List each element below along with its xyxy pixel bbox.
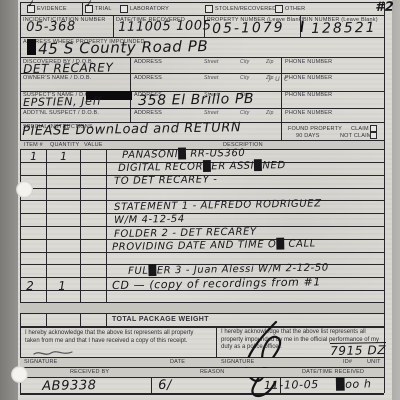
found-property-days-label: 90 DAYS bbox=[296, 133, 320, 139]
value-column-header: VALUE bbox=[84, 142, 103, 148]
grid-line bbox=[384, 2, 385, 393]
evidence-checkbox-label: EVIDENCE bbox=[37, 6, 67, 12]
signature-pen-mark bbox=[32, 348, 74, 358]
zip-label: Zip bbox=[266, 59, 274, 65]
address-label: ADDRESS bbox=[134, 75, 162, 81]
stolen-recovered-checkbox bbox=[205, 5, 213, 13]
street-label: Street bbox=[204, 110, 219, 116]
item-description: TO DET RECAREY - bbox=[114, 174, 218, 187]
check-mark-icon: ✓ bbox=[84, 0, 94, 11]
scan-background-right bbox=[392, 0, 400, 400]
phone-number-label: PHONE NUMBER bbox=[285, 110, 332, 116]
impound-address-value: 45 S County Road PB bbox=[38, 37, 208, 58]
hole-punch bbox=[16, 181, 33, 198]
grid-line bbox=[281, 57, 282, 140]
redaction-mark bbox=[27, 39, 36, 55]
item-description: PROVIDING DATE AND TIME O█ CALL bbox=[112, 238, 316, 253]
received-by-label: RECEIVED BY bbox=[70, 369, 109, 375]
phone-number-label: PHONE NUMBER bbox=[285, 75, 332, 81]
evidence-property-form: ✓ EVIDENCE ✓ TRIAL LABORATORY STOLEN/REC… bbox=[18, 0, 392, 400]
item-number: 1 bbox=[30, 150, 38, 163]
item-quantity: 1 bbox=[58, 279, 66, 293]
addtl-suspect-label: ADDT'NL SUSPECT / D.O.B. bbox=[23, 110, 99, 116]
grid-line bbox=[20, 108, 384, 109]
laboratory-checkbox-label: LABORATORY bbox=[130, 6, 169, 12]
check-mark-icon: ✓ bbox=[26, 0, 36, 11]
grid-line bbox=[20, 252, 384, 253]
pen-mark bbox=[300, 21, 304, 32]
incident-number-value: 05-368 bbox=[26, 19, 76, 35]
other-checkbox bbox=[275, 5, 283, 13]
quantity-column-header: QUANTITY bbox=[50, 142, 79, 148]
city-label: City bbox=[240, 110, 249, 116]
special-instructions-value: PlEASE DownLoad and RETURN bbox=[22, 120, 241, 139]
grid-line bbox=[82, 2, 83, 15]
bin-number-value: 128521 bbox=[311, 20, 377, 37]
datetime-received-label: DATE/TIME RECEIVED bbox=[302, 369, 364, 375]
trial-checkbox-label: TRIAL bbox=[95, 6, 112, 12]
item-description: PANASONI█ RR-US360 bbox=[122, 148, 245, 161]
claim-checkbox bbox=[370, 125, 377, 132]
suspect-name-value: EPSTIEN, Jeff bbox=[23, 95, 101, 109]
address-label: ADDRESS bbox=[134, 110, 162, 116]
reason-value: 6/ bbox=[158, 378, 172, 393]
datetime-received-value: 11-10-05 bbox=[264, 378, 319, 392]
grid-line bbox=[20, 188, 384, 189]
signature2-label: SIGNATURE bbox=[221, 359, 254, 365]
grid-line bbox=[20, 15, 384, 16]
datetime-received-time: █oo h bbox=[336, 377, 372, 391]
officer-id-unit-value: 7915 DZ bbox=[330, 343, 386, 358]
not-claim-checkbox bbox=[370, 132, 377, 139]
grid-line bbox=[130, 57, 131, 122]
suspect-address-value: 358 El Brillo PB bbox=[138, 91, 254, 109]
item-description: FOLDER 2 - DET RECAREY bbox=[114, 227, 257, 240]
grid-line bbox=[20, 2, 384, 3]
signature-band bbox=[20, 358, 384, 367]
item-column-header: ITEM # bbox=[24, 142, 43, 148]
address-label: ADDRESS bbox=[134, 59, 162, 65]
id-label: ID# bbox=[343, 359, 352, 365]
page-number-note: #2 bbox=[375, 0, 395, 15]
zip-pen-mark: ) u c bbox=[268, 74, 289, 83]
unit-label: UNIT bbox=[367, 359, 381, 365]
grid-line bbox=[106, 140, 107, 326]
grid-line bbox=[46, 140, 47, 326]
street-label: Street bbox=[204, 59, 219, 65]
discovered-by-value: DET RECAREY bbox=[23, 60, 114, 76]
city-label: City bbox=[240, 75, 249, 81]
hole-punch bbox=[11, 366, 28, 383]
property-number-value: 05-1079 bbox=[212, 20, 285, 37]
item-description: W/M 4-12-54 bbox=[114, 214, 185, 226]
street-label: Street bbox=[204, 75, 219, 81]
other-checkbox-label: OTHER bbox=[285, 6, 305, 12]
scan-shading-band bbox=[20, 303, 384, 313]
date-label: DATE bbox=[170, 359, 185, 365]
city-label: City bbox=[240, 59, 249, 65]
claim-label: CLAIM bbox=[351, 126, 369, 132]
phone-number-label: PHONE NUMBER bbox=[285, 59, 332, 65]
grid-line bbox=[20, 313, 384, 314]
datetime-recovered-value: 111005 1005 bbox=[118, 18, 212, 35]
received-by-value: AB9338 bbox=[42, 378, 97, 394]
zip-label: Zip bbox=[266, 110, 274, 116]
grid-line bbox=[113, 15, 114, 37]
item-quantity: 1 bbox=[60, 150, 68, 163]
grid-line bbox=[20, 213, 384, 214]
total-package-weight-label: TOTAL PACKAGE WEIGHT bbox=[112, 316, 209, 323]
not-claim-label: NOT CLAIM bbox=[340, 133, 372, 139]
reason-label: REASON bbox=[200, 369, 224, 375]
item-number: 2 bbox=[26, 279, 34, 293]
item-description: DIGITAL RECOR█ER ASSI█NED bbox=[118, 160, 286, 174]
grid-line bbox=[80, 140, 81, 326]
signature-label: SIGNATURE bbox=[24, 359, 57, 365]
laboratory-checkbox bbox=[120, 5, 128, 13]
found-property-label: FOUND PROPERTY bbox=[288, 126, 342, 132]
phone-number-label: PHONE NUMBER bbox=[285, 92, 332, 98]
acknowledgment-left-text: I hereby acknowledge that the above list… bbox=[25, 330, 207, 345]
owner-name-label: OWNER'S NAME / D.O.B. bbox=[23, 75, 92, 81]
grid-line bbox=[20, 326, 384, 328]
scan-background-left bbox=[0, 0, 18, 400]
stolen-recovered-checkbox-label: STOLEN/RECOVERED bbox=[215, 6, 276, 12]
item-description: STATEMENT 1 - ALFREDO RODRIGUEZ bbox=[114, 198, 322, 213]
